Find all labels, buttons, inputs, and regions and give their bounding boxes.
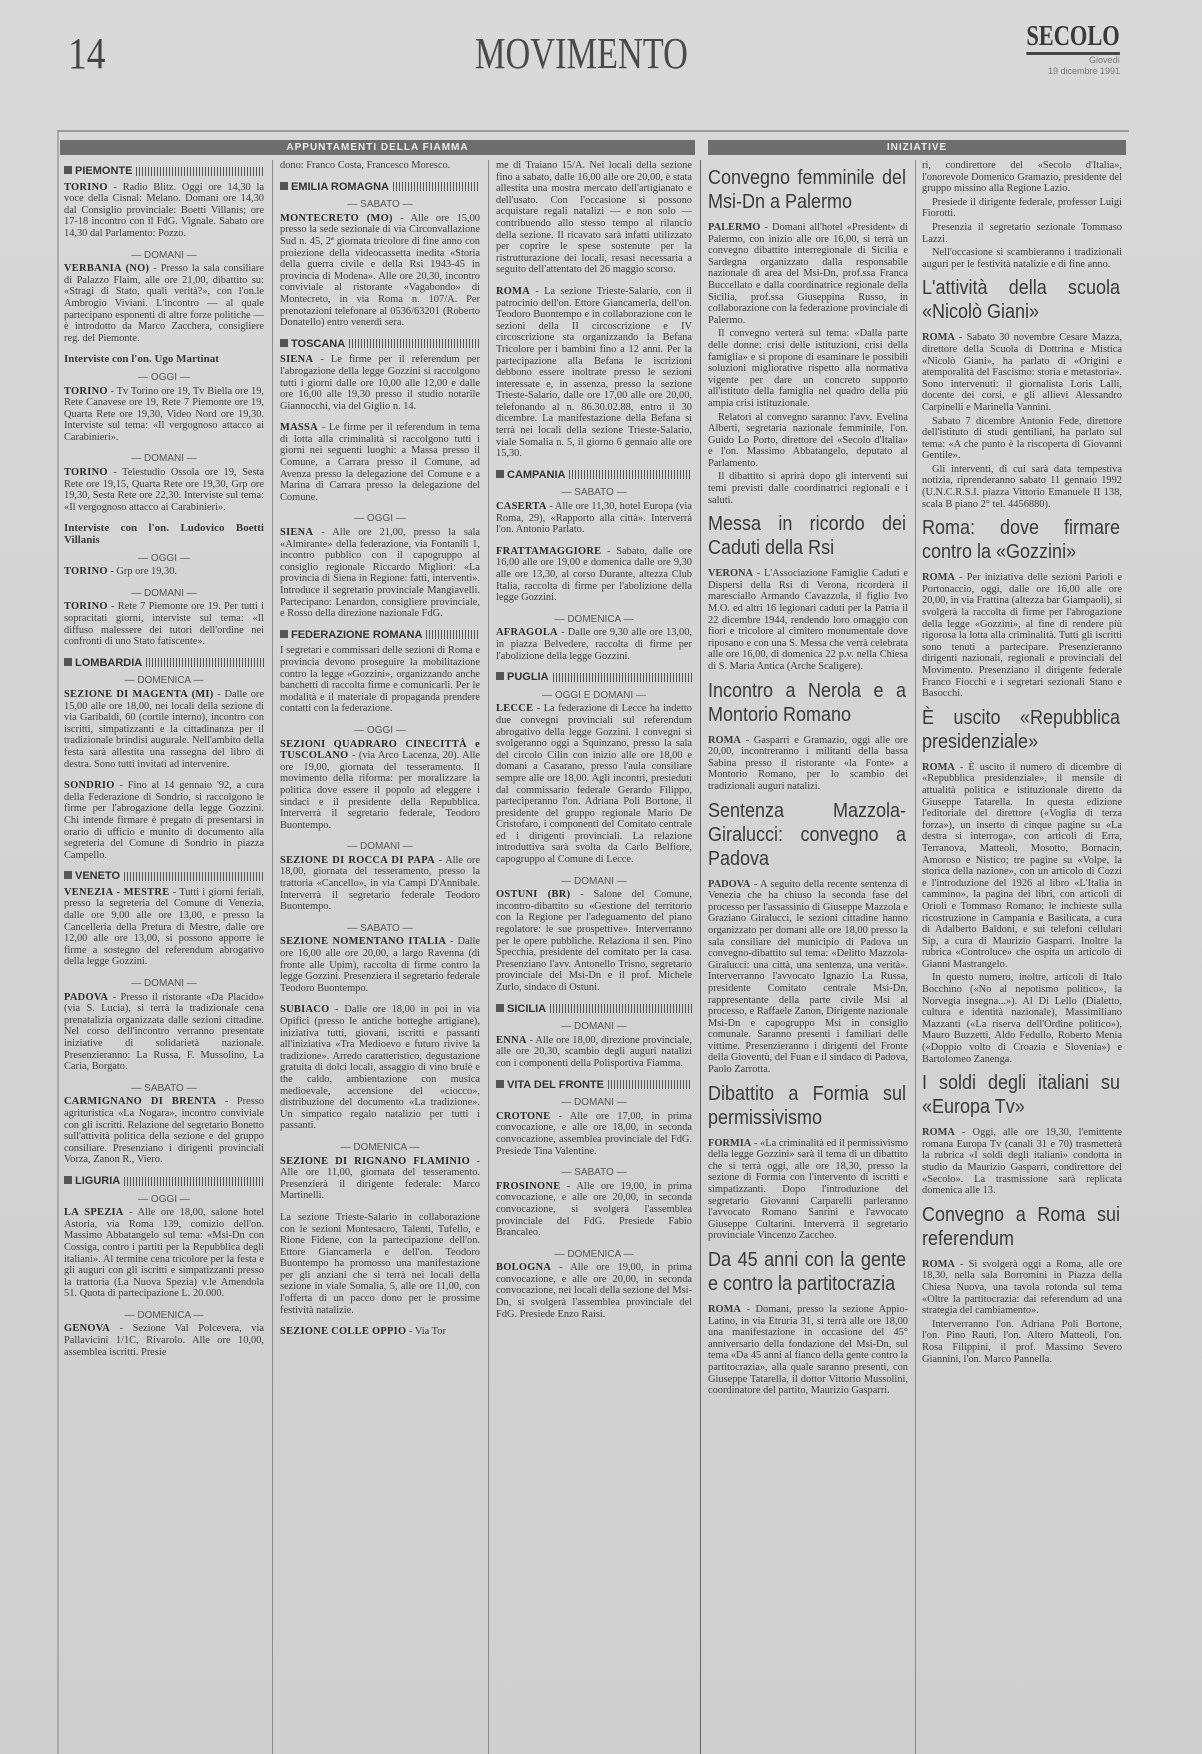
listing-item: TORINO - Tv Torino ore 19, Tv Biella ore… [64, 386, 264, 444]
column-4: Convegno femminile del Msi-Dn a PalermoP… [708, 160, 908, 1754]
section-title: MOVIMENTO [475, 28, 688, 79]
listing-item: ENNA - Alle ore 18,00, direzione provinc… [496, 1035, 692, 1070]
region-heading: SICILIA [496, 1004, 692, 1016]
article-paragraph: ROMA - Per iniziativa delle sezioni Pari… [922, 572, 1122, 700]
article-paragraph: Presenzia il segretario sezionale Tommas… [922, 222, 1122, 245]
listing-text: - Fino al 14 gennaio '92, a cura della F… [64, 780, 264, 861]
listing-text: - Presso la sala consiliare di Palazzo F… [64, 263, 264, 344]
listing-item: me di Traiano 15/A. Nei locali della sez… [496, 160, 692, 276]
listing-text: - Tutti i giorni feriali, presso la segr… [64, 887, 264, 968]
square-bullet-icon [496, 672, 504, 680]
article: Incontro a Nerola e a Montorio RomanoROM… [708, 679, 908, 793]
listing-item: FROSINONE - Alle ore 19,00, in prima con… [496, 1181, 692, 1239]
listing-text: - Grp ore 19,30. [108, 566, 177, 577]
region-heading: TOSCANA [280, 339, 480, 351]
article: Convegno femminile del Msi-Dn a PalermoP… [708, 166, 908, 506]
listing-text: - Alle ore 15,00 presso la sede sezional… [280, 213, 480, 328]
listing-location: SIENA [280, 354, 313, 365]
region-label: PIEMONTE [75, 166, 132, 177]
column-divider [272, 160, 273, 1754]
article-headline: Sentenza Mazzola-Giralucci: convegno a P… [708, 799, 906, 871]
region-heading: VITA DEL FRONTE [496, 1080, 692, 1092]
listing-item: I segretari e commissari delle sezioni d… [280, 645, 480, 715]
listing-item: GENOVA - Sezione Val Polcevera, via Pall… [64, 1323, 264, 1358]
listing-item: VERBANIA (NO) - Presso la sala consiliar… [64, 263, 264, 344]
article-headline: Convegno a Roma sui referendum [922, 1203, 1120, 1251]
listing-location: SIENA [280, 527, 313, 538]
hatch-rule [349, 339, 480, 348]
region-label: PUGLIA [507, 672, 549, 683]
listing-item: FRATTAMAGGIORE - Sabato, dalle ore 16,00… [496, 546, 692, 604]
article-paragraph: Relatori al convegno saranno: l'avv. Eve… [708, 412, 908, 470]
listing-item: ROMA - La sezione Trieste-Salario, con i… [496, 286, 692, 460]
hatch-rule [426, 630, 480, 639]
article: I soldi degli italiani su «Europa Tv»ROM… [922, 1071, 1122, 1197]
day-label: — SABATO — [280, 923, 480, 935]
article: È uscito «Repubblica presidenziale»ROMA … [922, 706, 1122, 1065]
listing-location: FRATTAMAGGIORE [496, 546, 601, 557]
listing-item: SEZIONI QUADRARO CINECITTÀ e TUSCOLANO -… [280, 739, 480, 832]
listing-text: dono: Franco Costa, Francesco Moresco. [280, 160, 450, 171]
listing-item: SIENA - Alle ore 21,00, presso la sala «… [280, 527, 480, 620]
article-paragraph: ROMA - Gasparri e Gramazio, oggi alle or… [708, 735, 908, 793]
square-bullet-icon [64, 166, 72, 174]
square-bullet-icon [280, 339, 288, 347]
masthead-day: Giovedì [990, 55, 1120, 66]
hatch-rule [146, 658, 264, 667]
listing-text: - Dalle ore 18,00 in poi in via Opifici … [280, 1004, 480, 1131]
region-heading: CAMPANIA [496, 470, 692, 482]
listing-text: - Alle ore 18,00, salone hotel Astoria, … [64, 1207, 264, 1299]
listing-text: I segretari e commissari delle sezioni d… [280, 645, 480, 714]
masthead: SECOLO Giovedì 19 dicembre 1991 [990, 22, 1120, 77]
listing-item: MONTECRETO (MO) - Alle ore 15,00 presso … [280, 213, 480, 329]
listing-item: BOLOGNA - Alle ore 19,00, in prima convo… [496, 1262, 692, 1320]
listing-subhead: Interviste con l'on. Ludovico Boetti Vil… [64, 523, 264, 546]
region-heading: PIEMONTE [64, 166, 264, 178]
square-bullet-icon [496, 1080, 504, 1088]
article-paragraph: Nell'occasione si scambieranno i tradizi… [922, 247, 1122, 270]
listing-text: - Le firme per il referendum in tema di … [280, 422, 480, 503]
listing-item: LECCE - La federazione di Lecce ha indet… [496, 703, 692, 865]
listing-item: OSTUNI (BR) - Salone del Comune, incontr… [496, 889, 692, 993]
listing-text: - Dalle ore 15,00 alle ore 18,00, nei lo… [64, 689, 264, 770]
day-label: — SABATO — [280, 199, 480, 211]
listing-item: SUBIACO - Dalle ore 18,00 in poi in via … [280, 1004, 480, 1132]
hatch-rule [136, 167, 264, 176]
region-label: SICILIA [507, 1004, 546, 1015]
day-label: — DOMANI — [280, 841, 480, 853]
listing-location: VENEZIA - MESTRE [64, 887, 169, 898]
listing-text: - La sezione Trieste-Salario, con il pat… [496, 286, 692, 459]
article-headline: L'attività della scuola «Nicolò Giani» [922, 276, 1120, 324]
listing-location: SEZIONE DI ROCCA DI PAPA [280, 855, 435, 866]
listing-text: - Alle ore 21,00, presso la sala «Almira… [280, 527, 480, 619]
region-label: VENETO [75, 871, 120, 882]
listing-location: MASSA [280, 422, 318, 433]
region-heading: LOMBARDIA [64, 658, 264, 670]
article-headline: Da 45 anni con la gente e contro la part… [708, 1248, 906, 1296]
column-5: ri, condirettore del «Secolo d'Italia», … [922, 160, 1122, 1754]
listing-location: ENNA [496, 1035, 527, 1046]
hatch-rule [124, 1177, 264, 1186]
day-label: — OGGI — [64, 553, 264, 565]
listing-location: SEZIONE NOMENTANO ITALIA [280, 936, 446, 947]
square-bullet-icon [64, 658, 72, 666]
region-label: VITA DEL FRONTE [507, 1080, 604, 1091]
article: L'attività della scuola «Nicolò Giani»RO… [922, 276, 1122, 510]
article-paragraph: Il dibattito si aprirà dopo gli interven… [708, 471, 908, 506]
listing-location: PADOVA [64, 992, 108, 1003]
region-label: LOMBARDIA [75, 658, 142, 669]
article-headline: Convegno femminile del Msi-Dn a Palermo [708, 166, 906, 214]
article-paragraph: PALERMO - Domani all'hotel «President» d… [708, 222, 908, 326]
hatch-rule [553, 673, 692, 682]
listing-text: - (via Arco Lacenza, 20). Alle ore 19,00… [280, 750, 480, 831]
listing-location: SUBIACO [280, 1004, 329, 1015]
column-divider [700, 160, 701, 1754]
listing-location: SONDRIO [64, 780, 115, 791]
listing-item: CROTONE - Alle ore 17,00, in prima convo… [496, 1111, 692, 1157]
region-heading: FEDERAZIONE ROMANA [280, 630, 480, 642]
square-bullet-icon [64, 871, 72, 879]
listing-location: VERBANIA (NO) [64, 263, 149, 274]
day-label: — DOMENICA — [64, 675, 264, 687]
article-headline: Roma: dove firmare contro la «Gozzini» [922, 516, 1120, 564]
listing-text: - La federazione di Lecce ha indetto due… [496, 703, 692, 865]
listing-text: - Presso il ristorante «Da Placido» (via… [64, 992, 264, 1073]
listing-item: VENEZIA - MESTRE - Tutti i giorni ferial… [64, 887, 264, 968]
day-label: — OGGI E DOMANI — [496, 690, 692, 702]
day-label: — SABATO — [496, 1167, 692, 1179]
article-paragraph: FORMIA - «La criminalità ed il permissiv… [708, 1138, 908, 1242]
column-2: dono: Franco Costa, Francesco Moresco.EM… [280, 160, 480, 1754]
section-bar-iniziative: INIZIATIVE [708, 140, 1126, 155]
listing-item: TORINO - Rete 7 Piemonte ore 19. Per tut… [64, 601, 264, 647]
page-number: 14 [68, 28, 105, 79]
listing-location: TORINO [64, 601, 108, 612]
region-heading: LIGURIA [64, 1176, 264, 1188]
column-divider [488, 160, 489, 1754]
article-paragraph: ROMA - È uscito il numero di dicembre di… [922, 762, 1122, 971]
article: Roma: dove firmare contro la «Gozzini»RO… [922, 516, 1122, 700]
article-paragraph: Il convegno verterà sul tema: «Dalla par… [708, 328, 908, 409]
listing-location: LECCE [496, 703, 533, 714]
region-label: TOSCANA [291, 339, 345, 350]
listing-item: TORINO - Telestudio Ossola ore 19, Sesta… [64, 467, 264, 513]
article: Sentenza Mazzola-Giralucci: convegno a P… [708, 799, 908, 1076]
listing-location: ROMA [496, 286, 530, 297]
article: Messa in ricordo dei Caduti della RsiVER… [708, 512, 908, 672]
listing-item: SEZIONE COLLE OPPIO - Via Tor [280, 1326, 480, 1338]
listing-item: LA SPEZIA - Alle ore 18,00, salone hotel… [64, 1207, 264, 1300]
listing-item: AFRAGOLA - Dalle ore 9,30 alle ore 13,00… [496, 627, 692, 662]
day-label: — SABATO — [64, 1083, 264, 1095]
listing-item: SEZIONE DI RIGNANO FLAMINIO - Alle ore 1… [280, 1156, 480, 1202]
hatch-rule [550, 1004, 692, 1013]
hatch-rule [393, 182, 480, 191]
square-bullet-icon [280, 182, 288, 190]
day-label: — DOMANI — [64, 250, 264, 262]
article-paragraph: ri, condirettore del «Secolo d'Italia», … [922, 160, 1122, 195]
article: Dibattito a Formia sul permissivismoFORM… [708, 1082, 908, 1242]
listing-item: SEZIONE DI MAGENTA (MI) - Dalle ore 15,0… [64, 689, 264, 770]
day-label: — OGGI — [64, 1194, 264, 1206]
listing-location: CROTONE [496, 1111, 550, 1122]
article-headline: Dibattito a Formia sul permissivismo [708, 1082, 906, 1130]
listing-location: TORINO [64, 467, 108, 478]
listing-item: CASERTA - Alle ore 11,30, hotel Europa (… [496, 501, 692, 536]
listing-location: SEZIONE DI MAGENTA (MI) [64, 689, 214, 700]
article-headline: I soldi degli italiani su «Europa Tv» [922, 1071, 1120, 1119]
square-bullet-icon [496, 470, 504, 478]
listing-subhead: Interviste con l'on. Ugo Martinat [64, 354, 264, 366]
day-label: — DOMENICA — [496, 1249, 692, 1261]
listing-location: GENOVA [64, 1323, 110, 1334]
listing-item: SEZIONE NOMENTANO ITALIA - Dalle ore 16,… [280, 936, 480, 994]
article-paragraph: ROMA - Si svolgerà oggi a Roma, alle ore… [922, 1259, 1122, 1317]
article-paragraph: Sabato 7 dicembre Antonio Fede, direttor… [922, 416, 1122, 462]
listing-item: SONDRIO - Fino al 14 gennaio '92, a cura… [64, 780, 264, 861]
article: Da 45 anni con la gente e contro la part… [708, 1248, 908, 1397]
region-label: CAMPANIA [507, 470, 565, 481]
article-paragraph: ROMA - Sabato 30 novembre Cesare Mazza, … [922, 332, 1122, 413]
listing-location: FROSINONE [496, 1181, 560, 1192]
article-paragraph: Gli interventi, di cui sarà data tempest… [922, 464, 1122, 510]
hatch-rule [569, 470, 692, 479]
listing-item: MASSA - Le firme per il referendum in te… [280, 422, 480, 503]
column-3: me di Traiano 15/A. Nei locali della sez… [496, 160, 692, 1754]
newspaper-page: 14 MOVIMENTO SECOLO Giovedì 19 dicembre … [0, 0, 1202, 1754]
listing-location: TORINO [64, 566, 108, 577]
day-label: — SABATO — [496, 487, 692, 499]
day-label: — OGGI — [280, 513, 480, 525]
listing-item: PADOVA - Presso il ristorante «Da Placid… [64, 992, 264, 1073]
listing-location: CARMIGNANO DI BRENTA [64, 1096, 216, 1107]
column-1: PIEMONTETORINO - Radio Blitz. Oggi ore 1… [64, 160, 264, 1754]
day-label: — DOMANI — [496, 1097, 692, 1109]
region-heading: VENETO [64, 871, 264, 883]
listing-item: TORINO - Grp ore 19,30. [64, 566, 264, 578]
article-paragraph: ROMA - Oggi, alle ore 19,30, l'emittente… [922, 1127, 1122, 1197]
listing-item: TORINO - Radio Blitz. Oggi ore 14,30 la … [64, 182, 264, 240]
article-paragraph: Presiede il dirigente federale, professo… [922, 197, 1122, 220]
listing-location: CASERTA [496, 501, 547, 512]
region-heading: EMILIA ROMAGNA [280, 182, 480, 194]
masthead-date: 19 dicembre 1991 [990, 66, 1120, 77]
listing-item: La sezione Trieste-Salario in collaboraz… [280, 1212, 480, 1316]
listing-text: me di Traiano 15/A. Nei locali della sez… [496, 160, 692, 275]
article: ri, condirettore del «Secolo d'Italia», … [922, 160, 1122, 270]
column-divider [915, 160, 916, 1754]
day-label: — DOMANI — [496, 1021, 692, 1033]
listing-text: La sezione Trieste-Salario in collaboraz… [280, 1212, 480, 1316]
day-label: — OGGI — [280, 725, 480, 737]
masthead-logo: SECOLO [1027, 22, 1120, 55]
section-bar-appuntamenti: APPUNTAMENTI DELLA FIAMMA [60, 140, 695, 155]
listing-item: SIENA - Le firme per il referendum per l… [280, 354, 480, 412]
article-paragraph: In questo numero, inoltre, articoli di I… [922, 972, 1122, 1065]
square-bullet-icon [280, 630, 288, 638]
listing-location: AFRAGOLA [496, 627, 558, 638]
article-paragraph: Interverranno l'on. Adriana Poli Bortone… [922, 1319, 1122, 1365]
day-label: — DOMANI — [64, 978, 264, 990]
listing-item: dono: Franco Costa, Francesco Moresco. [280, 160, 480, 172]
day-label: — DOMANI — [64, 588, 264, 600]
listing-location: TORINO [64, 386, 108, 397]
listing-location: OSTUNI (BR) [496, 889, 570, 900]
listing-text: - Via Tor [406, 1326, 446, 1337]
listing-location: SEZIONE DI RIGNANO FLAMINIO [280, 1156, 470, 1167]
listing-item: SEZIONE DI ROCCA DI PAPA - Alle ore 18,0… [280, 855, 480, 913]
region-label: FEDERAZIONE ROMANA [291, 630, 422, 641]
day-label: — DOMANI — [64, 453, 264, 465]
listing-location: TORINO [64, 182, 108, 193]
article: Convegno a Roma sui referendumROMA - Si … [922, 1203, 1122, 1365]
article-headline: Messa in ricordo dei Caduti della Rsi [708, 512, 906, 560]
square-bullet-icon [496, 1004, 504, 1012]
listing-location: LA SPEZIA [64, 1207, 124, 1218]
article-headline: È uscito «Repubblica presidenziale» [922, 706, 1120, 754]
listing-location: MONTECRETO (MO) [280, 213, 393, 224]
hatch-rule [124, 872, 264, 881]
region-label: EMILIA ROMAGNA [291, 182, 389, 193]
listing-text: - Salone del Comune, incontro-dibattito … [496, 889, 692, 993]
day-label: — DOMENICA — [496, 614, 692, 626]
article-headline: Incontro a Nerola e a Montorio Romano [708, 679, 906, 727]
article-paragraph: PADOVA - A seguito della recente sentenz… [708, 879, 908, 1076]
listing-location: BOLOGNA [496, 1262, 551, 1273]
region-heading: PUGLIA [496, 672, 692, 684]
listing-location: SEZIONE COLLE OPPIO [280, 1326, 406, 1337]
article-paragraph: VERONA - L'Associazione Famiglie Caduti … [708, 568, 908, 672]
article-paragraph: ROMA - Domani, presso la sezione Appio-L… [708, 1304, 908, 1397]
hatch-rule [608, 1080, 692, 1089]
day-label: — DOMENICA — [64, 1310, 264, 1322]
day-label: — DOMENICA — [280, 1142, 480, 1154]
day-label: — OGGI — [64, 372, 264, 384]
square-bullet-icon [64, 1176, 72, 1184]
region-label: LIGURIA [75, 1176, 120, 1187]
listing-item: CARMIGNANO DI BRENTA - Presso agriturist… [64, 1096, 264, 1166]
day-label: — DOMANI — [496, 876, 692, 888]
